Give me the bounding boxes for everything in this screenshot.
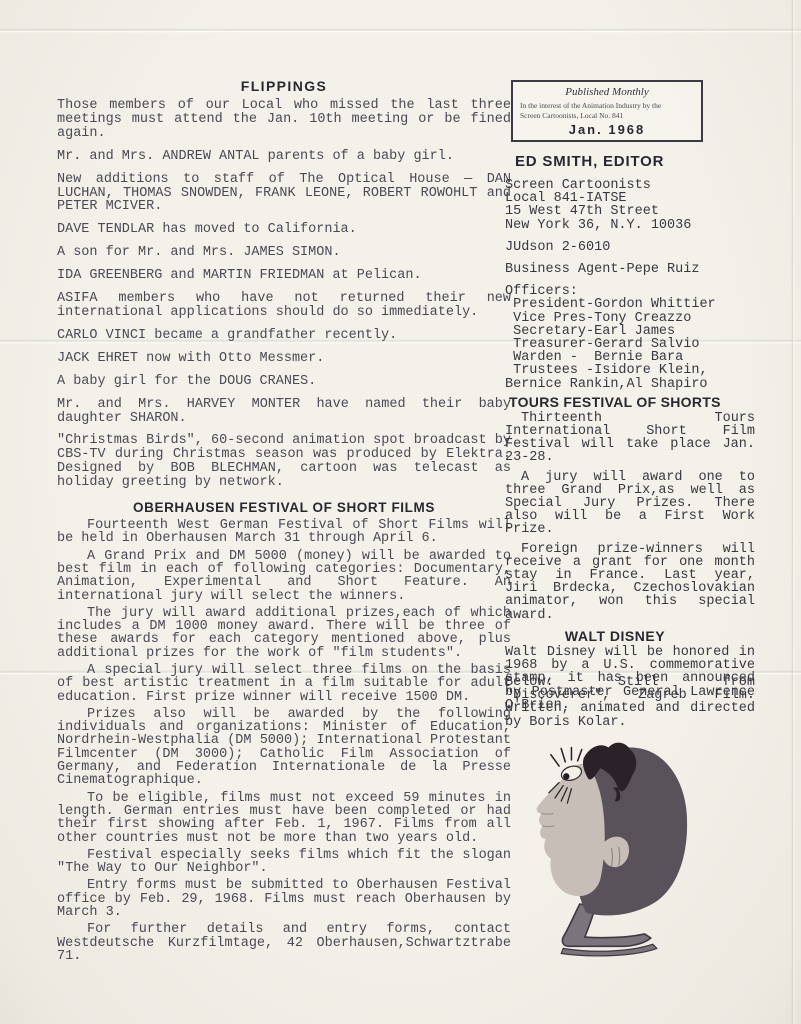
officers-list: President-Gordon Whittier Vice Pres-Tony… <box>505 298 755 390</box>
flippings-paragraph: Those members of our Local who missed th… <box>57 99 511 141</box>
officer-line: Bernice Rankin,Al Shapiro <box>505 378 755 391</box>
paper-fold-crease-vertical <box>791 0 795 1024</box>
flippings-paragraph: CARLO VINCI became a grandfather recentl… <box>57 329 511 343</box>
oberhausen-paragraph: For further details and entry forms, con… <box>57 923 511 963</box>
address-line: 15 West 47th Street <box>505 205 755 218</box>
tours-festival-section: Thirteenth Tours International Short Fil… <box>505 412 755 622</box>
union-address: Screen CartoonistsLocal 841-IATSE15 West… <box>505 179 755 232</box>
flippings-paragraph: JACK EHRET now with Otto Messmer. <box>57 352 511 366</box>
phone-number: JUdson 2-6010 <box>505 241 755 254</box>
oberhausen-paragraph: A special jury will select three films o… <box>57 664 511 704</box>
flippings-paragraph: DAVE TENDLAR has moved to California. <box>57 223 511 237</box>
oberhausen-paragraph: A Grand Prix and DM 5000 (money) will be… <box>57 550 511 603</box>
left-column: FLIPPINGS Those members of our Local who… <box>57 78 511 967</box>
flippings-paragraph: ASIFA members who have not returned thei… <box>57 292 511 320</box>
business-agent: Business Agent-Pepe Ruiz <box>505 263 755 276</box>
editor-heading: ED SMITH, EDITOR <box>515 153 755 170</box>
illustration-caption: Below: Still from "Discoverer", Zagreb F… <box>505 676 755 729</box>
oberhausen-paragraph: Entry forms must be submitted to Oberhau… <box>57 879 511 919</box>
masthead-interest-line: In the interest of the Animation Industr… <box>517 101 697 111</box>
newsletter-page: FLIPPINGS Those members of our Local who… <box>0 0 801 1024</box>
tours-paragraph: A jury will award one to three Grand Pri… <box>505 471 755 537</box>
illustration-caption-block: Below: Still from "Discoverer", Zagreb F… <box>505 676 755 729</box>
cartoon-face <box>537 764 605 896</box>
masthead-issue-date: Jan. 1968 <box>517 122 697 137</box>
masthead-published-monthly: Published Monthly <box>517 86 697 98</box>
discoverer-cartoon-illustration <box>522 737 692 963</box>
officer-line: President-Gordon Whittier <box>505 298 755 311</box>
oberhausen-section: Fourteenth West German Festival of Short… <box>57 519 511 963</box>
paper-fold-crease <box>0 28 801 33</box>
oberhausen-paragraph: Festival especially seeks films which fi… <box>57 849 511 876</box>
flippings-paragraph: IDA GREENBERG and MARTIN FRIEDMAN at Pel… <box>57 269 511 283</box>
oberhausen-heading: OBERHAUSEN FESTIVAL OF SHORT FILMS <box>57 500 511 515</box>
flippings-section: Those members of our Local who missed th… <box>57 99 511 490</box>
walt-disney-heading: WALT DISNEY <box>505 628 725 644</box>
right-column: Published Monthly In the interest of the… <box>505 80 755 718</box>
tours-festival-heading: TOURS FESTIVAL OF SHORTS <box>509 394 755 410</box>
flippings-paragraph: A baby girl for the DOUG CRANES. <box>57 375 511 389</box>
oberhausen-paragraph: Prizes also will be awarded by the follo… <box>57 708 511 788</box>
officer-line: Vice Pres-Tony Creazzo <box>505 312 755 325</box>
tours-paragraph: Thirteenth Tours International Short Fil… <box>505 412 755 465</box>
flippings-paragraph: "Christmas Birds", 60-second animation s… <box>57 434 511 490</box>
oberhausen-paragraph: Fourteenth West German Festival of Short… <box>57 519 511 546</box>
flippings-heading: FLIPPINGS <box>57 78 511 94</box>
masthead-box: Published Monthly In the interest of the… <box>511 80 703 142</box>
flippings-paragraph: Mr. and Mrs. ANDREW ANTAL parents of a b… <box>57 150 511 164</box>
officer-line: Trustees -Isidore Klein, <box>505 364 755 377</box>
flippings-paragraph: New additions to staff of The Optical Ho… <box>57 173 511 215</box>
oberhausen-paragraph: To be eligible, films must not exceed 59… <box>57 792 511 845</box>
flippings-paragraph: A son for Mr. and Mrs. JAMES SIMON. <box>57 246 511 260</box>
address-line: New York 36, N.Y. 10036 <box>505 219 755 232</box>
masthead-local-line: Screen Cartoonists, Local No. 841 <box>517 111 697 121</box>
tours-paragraph: Foreign prize-winners will receive a gra… <box>505 543 755 622</box>
flippings-paragraph: Mr. and Mrs. HARVEY MONTER have named th… <box>57 398 511 426</box>
oberhausen-paragraph: The jury will award additional prizes,ea… <box>57 607 511 660</box>
